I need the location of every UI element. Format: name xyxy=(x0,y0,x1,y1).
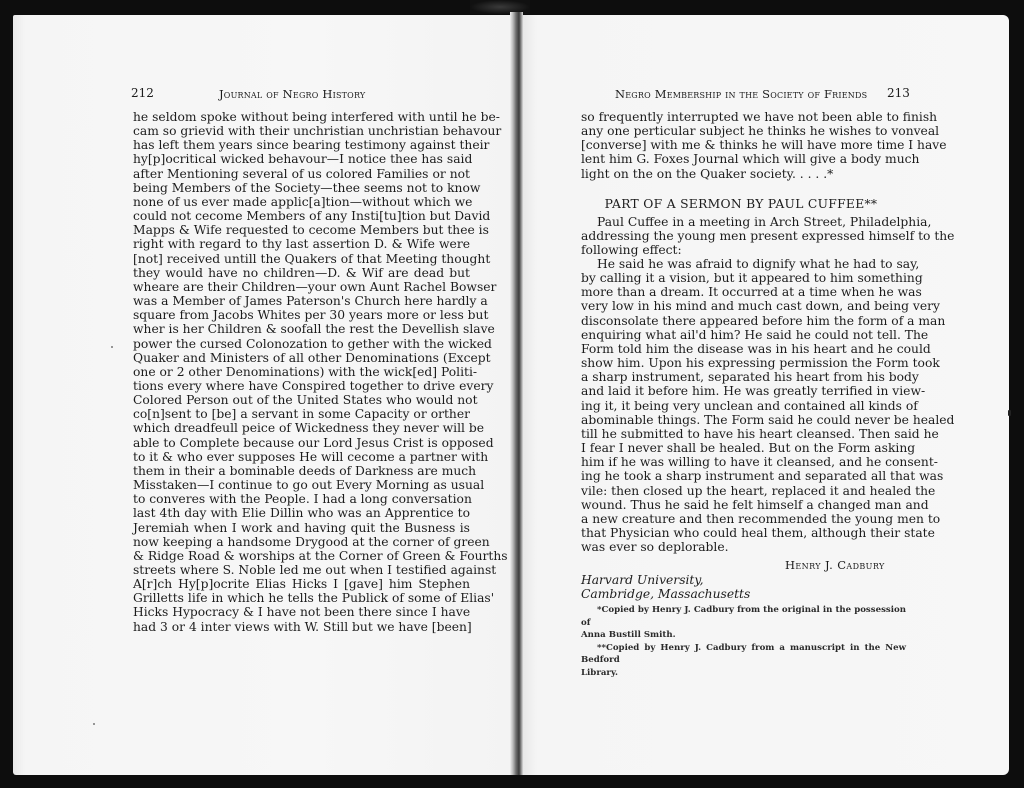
text-line: he seldom spoke without being interfered… xyxy=(133,110,470,124)
text-line: that Physician who could heal them, alth… xyxy=(581,526,908,540)
text-line: wheare are their Children—your own Aunt … xyxy=(133,280,470,294)
text-line: Grilletts life in which he tells the Pub… xyxy=(133,591,470,605)
text-line: they would have no children—D. & Wif are… xyxy=(133,266,470,280)
text-line: none of us ever made applic[a]tion—witho… xyxy=(133,195,470,209)
text-line: so frequently interrupted we have not be… xyxy=(581,110,908,124)
footnotes: *Copied by Henry J. Cadbury from the ori… xyxy=(581,604,906,679)
text-line: power the cursed Colonozation to gether … xyxy=(133,337,470,351)
book-gutter xyxy=(510,12,523,775)
text-line: co[n]sent to [be] a servant in some Capa… xyxy=(133,407,470,421)
page-number-right: 213 xyxy=(887,86,910,100)
text-line: a sharp instrument, separated his heart … xyxy=(581,370,908,384)
text-line: ing it, it being very unclean and contai… xyxy=(581,399,908,413)
text-line: to converes with the People. I had a lon… xyxy=(133,492,470,506)
footnote-1-line-1: *Copied by Henry J. Cadbury from the ori… xyxy=(581,604,906,629)
text-line: now keeping a handsome Drygood at the co… xyxy=(133,535,470,549)
author-signature: Henry J. Cadbury xyxy=(785,558,885,572)
speck xyxy=(1008,410,1011,416)
text-line: hy[p]ocritical wicked behavour—I notice … xyxy=(133,152,470,166)
text-line: streets where S. Noble led me out when I… xyxy=(133,563,470,577)
text-line: was a Member of James Paterson's Church … xyxy=(133,294,470,308)
text-line: being Members of the Society—thee seems … xyxy=(133,181,470,195)
sermon-body-paragraph: He said he was afraid to dignify what he… xyxy=(581,257,908,554)
text-line: right with regard to thy last assertion … xyxy=(133,237,470,251)
text-line: able to Complete because our Lord Jesus … xyxy=(133,436,470,450)
text-line: Jeremiah when I work and having quit the… xyxy=(133,521,470,535)
text-line: Mapps & Wife requested to cecome Members… xyxy=(133,223,470,237)
text-line: very low in his mind and much cast down,… xyxy=(581,299,908,313)
text-line: and laid it before him. He was greatly t… xyxy=(581,384,908,398)
text-line: had 3 or 4 inter views with W. Still but… xyxy=(133,620,470,634)
text-line: a new creature and then recommended the … xyxy=(581,512,908,526)
text-line: A[r]ch Hy[p]ocrite Elias Hicks I [gave] … xyxy=(133,577,470,591)
text-line: & Ridge Road & worships at the Corner of… xyxy=(133,549,470,563)
text-line: was ever so deplorable. xyxy=(581,540,908,554)
text-line: disconsolate there appeared before him t… xyxy=(581,314,908,328)
text-line: abominable things. The Form said he coul… xyxy=(581,413,908,427)
text-line: wher is her Children & soofall the rest … xyxy=(133,322,470,336)
text-line: Form told him the disease was in his hea… xyxy=(581,342,908,356)
text-line: Hicks Hypocracy & I have not been there … xyxy=(133,605,470,619)
text-line: He said he was afraid to dignify what he… xyxy=(581,257,908,271)
text-line: after Mentioning several of us colored F… xyxy=(133,167,470,181)
text-line: him if he was willing to have it cleanse… xyxy=(581,455,908,469)
section-heading: PART OF A SERMON BY PAUL CUFFEE** xyxy=(498,197,984,211)
text-line: following effect: xyxy=(581,243,908,257)
affiliation-line: Cambridge, Massachusetts xyxy=(581,587,750,601)
left-page: 212 Journal of Negro History he seldom s… xyxy=(13,15,510,775)
text-line: [not] received untill the Quakers of tha… xyxy=(133,252,470,266)
running-head-left: Journal of Negro History xyxy=(219,87,365,101)
text-line: has left them years since bearing testim… xyxy=(133,138,470,152)
text-line: till he submitted to have his heart clea… xyxy=(581,427,908,441)
text-line: Paul Cuffee in a meeting in Arch Street,… xyxy=(581,215,908,229)
text-line: Colored Person out of the United States … xyxy=(133,393,470,407)
text-line: light on the on the Quaker society. . . … xyxy=(581,167,908,181)
text-line: vile: then closed up the heart, replaced… xyxy=(581,484,908,498)
text-line: cam so grievid with their unchristian un… xyxy=(133,124,470,138)
text-line: more than a dream. It occurred at a time… xyxy=(581,285,908,299)
text-line: which dreadfeull peice of Wickedness the… xyxy=(133,421,470,435)
continued-letter-text: so frequently interrupted we have not be… xyxy=(581,110,908,181)
text-line: tions every where have Conspired togethe… xyxy=(133,379,470,393)
sermon-intro-paragraph: Paul Cuffee in a meeting in Arch Street,… xyxy=(581,215,908,257)
affiliation-line: Harvard University, xyxy=(581,573,750,587)
text-line: Misstaken—I continue to go out Every Mor… xyxy=(133,478,470,492)
speck xyxy=(111,346,113,348)
text-line: ing he took a sharp instrument and separ… xyxy=(581,469,908,483)
text-line: [converse] with me & thinks he will have… xyxy=(581,138,908,152)
footnote-2-line-1: **Copied by Henry J. Cadbury from a manu… xyxy=(581,642,906,667)
footnote-1-line-2: Anna Bustill Smith. xyxy=(581,629,906,642)
text-line: enquiring what ail'd him? He said he cou… xyxy=(581,328,908,342)
text-line: them in their a bominable deeds of Darkn… xyxy=(133,464,470,478)
text-line: last 4th day with Elie Dillin who was an… xyxy=(133,506,470,520)
author-affiliation: Harvard University, Cambridge, Massachus… xyxy=(581,573,750,601)
footnote-2-line-2: Library. xyxy=(581,667,906,680)
text-line: by calling it a vision, but it appeared … xyxy=(581,271,908,285)
right-page: Negro Membership in the Society of Frien… xyxy=(523,15,1009,775)
text-line: one or 2 other Denominations) with the w… xyxy=(133,365,470,379)
text-line: addressing the young men present express… xyxy=(581,229,908,243)
text-line: I fear I never shall be healed. But on t… xyxy=(581,441,908,455)
text-line: Quaker and Ministers of all other Denomi… xyxy=(133,351,470,365)
text-line: to it & who ever supposes He will cecome… xyxy=(133,450,470,464)
speck xyxy=(93,723,95,725)
text-line: show him. Upon his expressing permission… xyxy=(581,356,908,370)
running-head-right: Negro Membership in the Society of Frien… xyxy=(615,87,867,101)
text-line: lent him G. Foxes Journal which will giv… xyxy=(581,152,908,166)
page-number-left: 212 xyxy=(131,86,154,100)
text-line: any one perticular subject he thinks he … xyxy=(581,124,908,138)
text-line: wound. Thus he said he felt himself a ch… xyxy=(581,498,908,512)
text-line: could not cecome Members of any Insti[tu… xyxy=(133,209,470,223)
left-body-text: he seldom spoke without being interfered… xyxy=(133,110,470,634)
text-line: square from Jacobs Whites per 30 years m… xyxy=(133,308,470,322)
